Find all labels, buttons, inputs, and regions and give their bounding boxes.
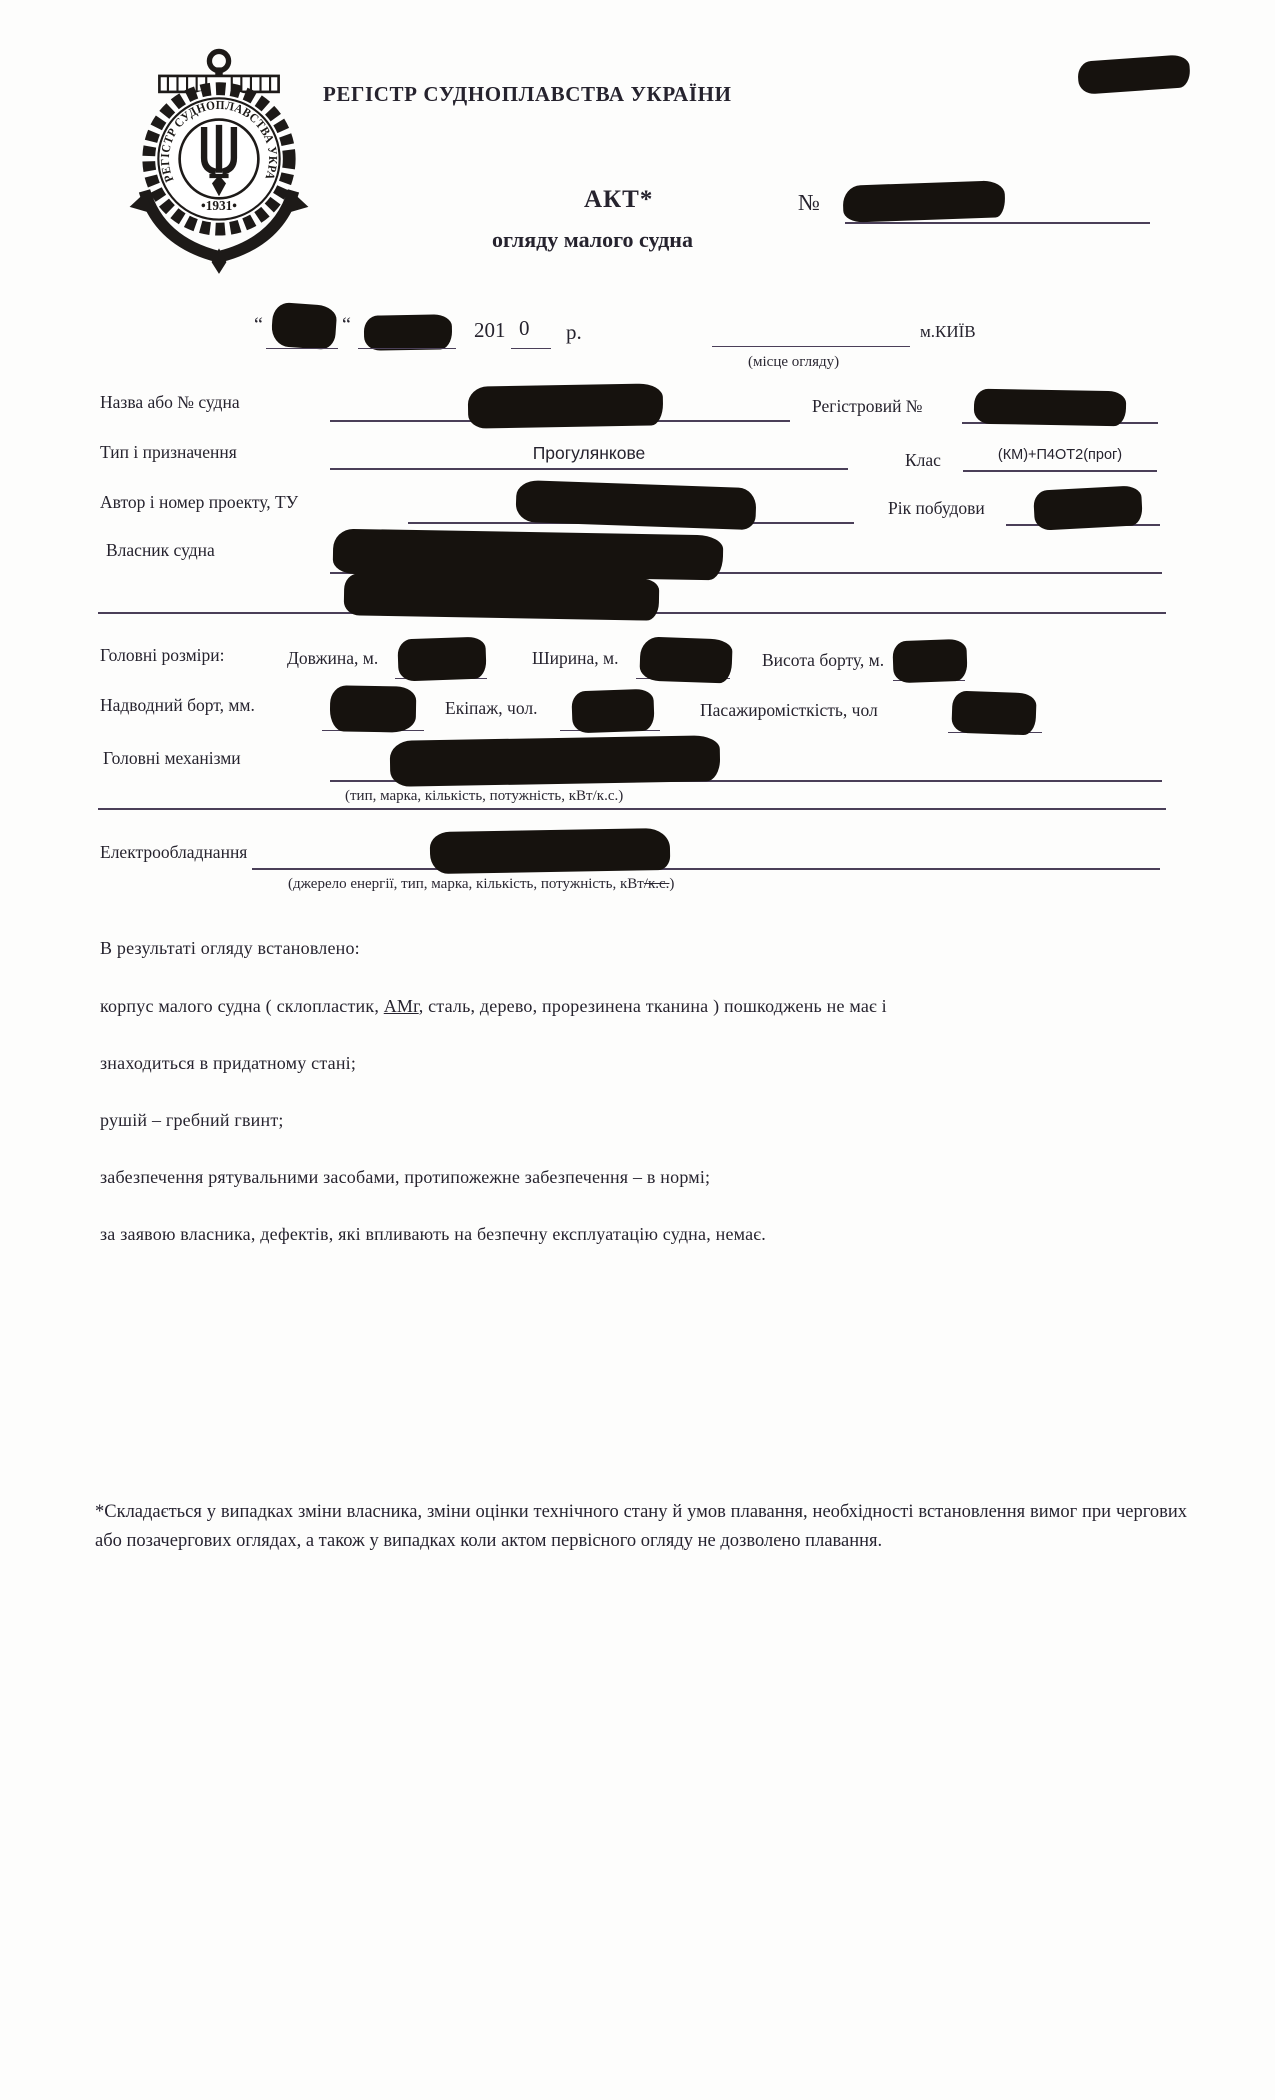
redaction-mark: [397, 636, 486, 681]
electrical-line: [252, 868, 1160, 870]
owner-label: Власник судна: [106, 540, 215, 561]
redaction-mark: [271, 302, 338, 350]
place-caption: (місце огляду): [748, 354, 839, 371]
redaction-mark: [333, 529, 724, 581]
redaction-mark: [515, 480, 756, 530]
redaction-mark: [364, 314, 453, 351]
footnote: *Складається у випадках зміни власника, …: [95, 1498, 1187, 1555]
redaction-mark: [430, 828, 671, 874]
findings-safety: забезпечення рятувальними засобами, прот…: [100, 1167, 710, 1188]
type-label: Тип і призначення: [100, 442, 237, 463]
act-number-sign: №: [798, 190, 820, 216]
electrical-label: Електрообладнання: [100, 842, 247, 863]
redaction-mark: [571, 689, 654, 734]
date-year-prefix: 201: [474, 318, 506, 343]
date-day-line: [266, 348, 338, 349]
redaction-mark: [1033, 485, 1143, 531]
type-line: [330, 468, 848, 470]
redaction-mark: [344, 573, 660, 620]
findings-hull: корпус малого судна ( склопластик, АМг, …: [100, 996, 887, 1017]
place-value: м.КИЇВ: [920, 322, 976, 342]
capacity-label: Пасажиромісткість, чол: [700, 700, 878, 721]
date-month-quote: “: [342, 314, 351, 337]
act-title: АКТ*: [584, 186, 653, 214]
redaction-mark: [892, 639, 967, 684]
class-line: [963, 470, 1157, 472]
dimensions-label: Головні розміри:: [100, 645, 225, 666]
class-label: Клас: [905, 450, 941, 471]
scanned-act-form: РЕГІСТР СУДНОПЛАВСТВА УКРАЇНИ •1931• РЕГ…: [0, 0, 1275, 2100]
date-year-line: [511, 348, 551, 349]
length-label: Довжина, м.: [287, 648, 378, 669]
machinery-caption: (тип, марка, кількість, потужність, кВт/…: [345, 788, 623, 805]
findings-propulsion: рушій – гребний гвинт;: [100, 1110, 284, 1131]
redaction-mark: [974, 389, 1127, 427]
date-open-quote: “: [254, 314, 263, 337]
place-line: [712, 346, 910, 347]
findings-intro: В результаті огляду встановлено:: [100, 938, 360, 959]
act-subtitle: огляду малого судна: [492, 227, 693, 253]
findings-hull-material: АМг: [384, 996, 419, 1016]
type-value: Прогулянкове: [330, 443, 848, 464]
width-label: Ширина, м.: [532, 648, 618, 669]
date-year-digit: 0: [519, 316, 530, 341]
registry-number-label: Регістровий №: [812, 396, 923, 417]
redaction-mark: [1077, 54, 1191, 95]
machinery-label: Головні механізми: [103, 748, 241, 769]
findings-owner-statement: за заявою власника, дефектів, які вплива…: [100, 1224, 766, 1245]
findings-hull-cont: знаходиться в придатному стані;: [100, 1053, 356, 1074]
machinery-extra-line: [98, 808, 1166, 810]
freeboard-label: Надводний борт, мм.: [100, 695, 255, 716]
org-title: РЕГІСТР СУДНОПЛАВСТВА УКРАЇНИ: [323, 82, 732, 107]
act-number-line: [845, 222, 1150, 224]
project-label: Автор і номер проекту, ТУ: [100, 492, 298, 513]
redaction-mark: [639, 636, 732, 683]
electrical-caption-struck: /к.с.: [644, 876, 670, 892]
electrical-caption-end: ): [669, 876, 674, 892]
class-value: (КМ)+П4ОТ2(прог): [963, 447, 1157, 463]
findings-hull-pre: корпус малого судна ( склопластик,: [100, 996, 384, 1016]
electrical-caption: (джерело енергії, тип, марка, кількість,…: [288, 876, 674, 893]
electrical-caption-main: (джерело енергії, тип, марка, кількість,…: [288, 876, 644, 892]
redaction-mark: [330, 685, 417, 732]
redaction-mark: [842, 180, 1005, 223]
year-built-label: Рік побудови: [888, 498, 985, 519]
redaction-mark: [468, 383, 664, 428]
redaction-mark: [951, 691, 1036, 736]
board-height-label: Висота борту, м.: [762, 650, 884, 671]
redaction-mark: [390, 735, 721, 787]
date-month-line: [358, 348, 456, 349]
vessel-name-label: Назва або № судна: [100, 392, 240, 413]
logo-year: •1931•: [201, 198, 237, 213]
date-year-suffix: р.: [566, 320, 582, 345]
crew-label: Екіпаж, чол.: [445, 698, 537, 719]
registry-logo-icon: РЕГІСТР СУДНОПЛАВСТВА УКРАЇНИ •1931•: [112, 44, 326, 276]
findings-hull-post: , сталь, дерево, прорезинена тканина ) п…: [419, 996, 887, 1016]
